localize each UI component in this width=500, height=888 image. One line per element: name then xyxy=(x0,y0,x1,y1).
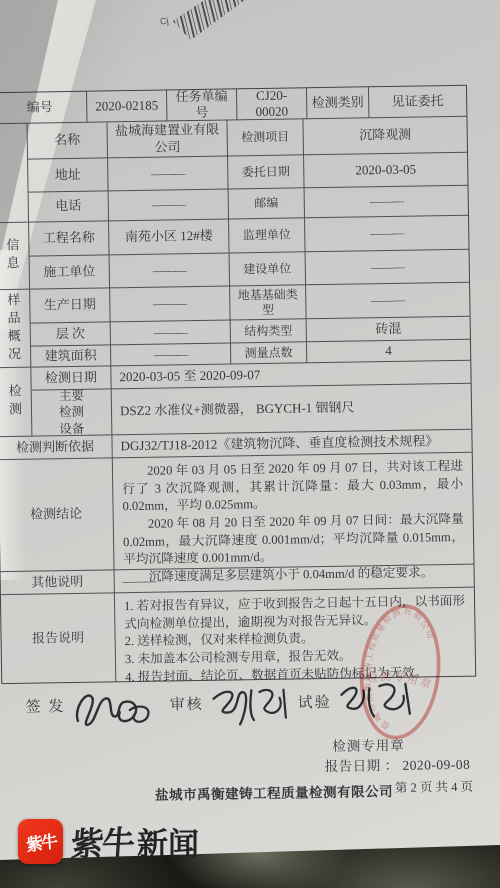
equipment-label-line3: 设备 xyxy=(59,420,84,437)
table-row: 主要 检测 设备 DSZ2 水准仪+测微器， BGYCH-1 铟钢尺 xyxy=(32,384,472,437)
phone-value: ——— xyxy=(109,189,229,221)
review-label: 审核 xyxy=(169,693,203,715)
report-no-label: 编号 xyxy=(0,92,87,124)
barcode xyxy=(168,0,264,45)
group-test-label: 检测 xyxy=(0,368,32,438)
issue-signature xyxy=(67,682,158,735)
structure-type-label: 结构类型 xyxy=(231,319,307,343)
builder-value: ——— xyxy=(110,253,231,288)
issue-label: 签 发 xyxy=(25,695,65,717)
name-value: 盐城海建置业有限公司 xyxy=(107,120,228,158)
company-seal-stamp: 盐城市禹衡建铸工程质量检测有限公司 检测专用章 xyxy=(337,586,463,757)
task-no-label: 任务单编号 xyxy=(167,89,237,121)
name-label: 名称 xyxy=(27,122,108,159)
production-date-value: ——— xyxy=(110,286,231,322)
test-date-label: 检测日期 xyxy=(31,366,111,390)
ziniu-app-icon: 紫牛 xyxy=(18,819,63,864)
postcode-label: 邮编 xyxy=(229,188,305,219)
points-count-label: 测量点数 xyxy=(231,342,307,364)
group-client: 名称 盐城海建置业有限公司 检测项目 沉降观测 地址 ——— 委托日期 2020… xyxy=(0,117,468,223)
equipment-label: 主要 检测 设备 xyxy=(32,389,113,436)
ziniu-icon-text: 紫牛 xyxy=(25,827,56,856)
test-item-label: 检测项目 xyxy=(227,119,304,156)
equipment-label-line2: 检测 xyxy=(59,404,84,421)
group-sample: 样品概况 生产日期 ——— 地基基础类型 ——— 层 次 ——— 结构类型 xyxy=(0,283,470,368)
ziniu-brand-text: 新闻 xyxy=(137,819,199,864)
ziniu-brand-calligraphy: 紫牛 xyxy=(69,817,134,866)
foundation-type-label: 地基基础类型 xyxy=(230,285,307,320)
production-date-label: 生产日期 xyxy=(30,288,111,323)
group-sample-label: 样品概况 xyxy=(0,290,31,369)
test-item-value: 沉降观测 xyxy=(303,117,467,156)
other-label: 其他说明 xyxy=(1,570,115,595)
conclusion-text: 2020 年 03 月 05 日至 2020 年 09 月 07 日，共对该工程… xyxy=(113,453,474,571)
task-no-value: CJ20-00020 xyxy=(237,88,307,120)
notes-label: 报告说明 xyxy=(1,593,116,683)
floor-area-value: ——— xyxy=(111,343,231,366)
test-label: 试验 xyxy=(297,691,331,713)
address-label: 地址 xyxy=(28,158,109,192)
foundation-type-value: ——— xyxy=(306,283,470,320)
group-info: 信息 工程名称 南苑小区 12#楼 监理单位 ——— 施工单位 ——— 建设单位 xyxy=(0,216,469,290)
conclusion-paragraph-1: 2020 年 03 月 05 日至 2020 年 09 月 07 日，共对该工程… xyxy=(122,458,464,516)
phone-label: 电话 xyxy=(29,191,109,222)
test-type-label: 检测类别 xyxy=(307,87,369,119)
review-signature xyxy=(205,678,292,733)
footer-company: 盐城市禹衡建铸工程质量检测有限公司 xyxy=(155,780,393,804)
supervisor-value: ——— xyxy=(305,216,469,253)
photo-of-report: Cj 编号 2020-02185 任务单编号 CJ20-00020 检测类别 见… xyxy=(0,0,500,888)
supervisor-label: 监理单位 xyxy=(229,218,306,253)
postcode-value: ——— xyxy=(305,186,468,219)
project-name-label: 工程名称 xyxy=(29,221,110,256)
group-info-label: 信息 xyxy=(0,223,30,291)
barcode-caption: Cj xyxy=(159,15,169,26)
paper-sheet: Cj 编号 2020-02185 任务单编号 CJ20-00020 检测类别 见… xyxy=(0,0,500,888)
group-test: 检测 检测日期 2020-03-05 至 2020-09-07 主要 检测 设备 xyxy=(0,361,471,437)
report-no-value: 2020-02185 xyxy=(87,90,167,122)
developer-value: ——— xyxy=(306,250,469,286)
address-value: ——— xyxy=(108,156,229,191)
entrust-date-label: 委托日期 xyxy=(228,155,305,189)
svg-text:检测专用章: 检测专用章 xyxy=(365,666,436,692)
storeys-value: ——— xyxy=(111,320,231,345)
project-name-value: 南苑小区 12#楼 xyxy=(109,219,230,255)
points-count-value: 4 xyxy=(307,340,470,364)
test-type-value: 见证委托 xyxy=(369,86,466,119)
footer-page-number: 第 2 页 共 4 页 xyxy=(395,777,473,796)
equipment-value: DSZ2 水准仪+测微器， BGYCH-1 铟钢尺 xyxy=(112,384,472,436)
structure-type-value: 砖混 xyxy=(307,317,470,343)
seal-center-text: 检测专用章 xyxy=(365,666,436,692)
builder-label: 施工单位 xyxy=(30,255,111,289)
entrust-date-value: 2020-03-05 xyxy=(304,153,467,189)
basis-label: 检测判断依据 xyxy=(0,435,113,460)
group-strip-clipped xyxy=(0,124,29,224)
equipment-label-line1: 主要 xyxy=(59,388,84,405)
report-form: 编号 2020-02185 任务单编号 CJ20-00020 检测类别 见证委托… xyxy=(0,85,483,684)
news-watermark: 紫牛 紫牛 新闻 xyxy=(18,818,199,865)
floor-area-label: 建筑面积 xyxy=(31,345,111,367)
conclusion-paragraph-2: 2020 年 08 月 20 日至 2020 年 09 月 07 日间：最大沉降… xyxy=(123,511,465,569)
developer-label: 建设单位 xyxy=(230,252,307,286)
conclusion-label: 检测结论 xyxy=(0,458,115,572)
storeys-label: 层 次 xyxy=(31,322,111,346)
table-row-conclusion: 检测结论 2020 年 03 月 05 日至 2020 年 09 月 07 日，… xyxy=(0,453,473,572)
report-date: 报告日期 ： 2020-09-08 xyxy=(324,753,470,775)
